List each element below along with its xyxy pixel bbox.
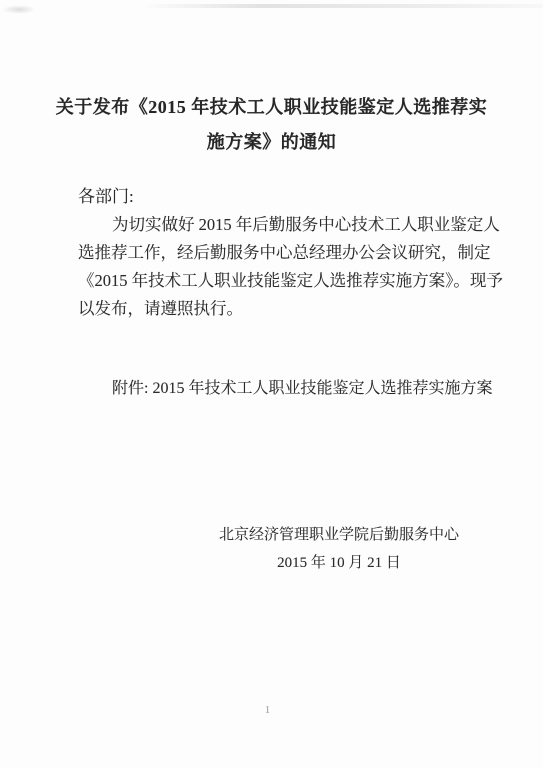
title-line-2: 施方案》的通知: [0, 125, 543, 160]
attachment-line: 附件: 2015 年技术工人职业技能鉴定人选推荐实施方案: [112, 375, 492, 403]
signature-date: 2015 年 10 月 21 日: [219, 549, 459, 577]
body-paragraph: 为切实做好 2015 年后勤服务中心技术工人职业鉴定人 选推荐工作，经后勤服务中…: [78, 211, 493, 323]
title-line-1: 关于发布《2015 年技术工人职业技能鉴定人选推荐实: [0, 90, 543, 125]
page-number: 1: [0, 704, 535, 716]
body-line-3: 《2015 年技术工人职业技能鉴定人选推荐实施方案》。现予: [78, 267, 493, 295]
scan-artifact-top-streak: [140, 4, 543, 8]
signature-organization: 北京经济管理职业学院后勤服务中心: [219, 521, 459, 549]
scan-artifact-corner-smudge: [2, 5, 36, 14]
body-line-4: 以发布，请遵照执行。: [78, 295, 493, 323]
salutation: 各部门:: [78, 183, 134, 211]
signature-block: 北京经济管理职业学院后勤服务中心 2015 年 10 月 21 日: [219, 521, 459, 577]
body-line-2: 选推荐工作，经后勤服务中心总经理办公会议研究，制定: [78, 239, 493, 267]
document-page: 关于发布《2015 年技术工人职业技能鉴定人选推荐实 施方案》的通知 各部门: …: [0, 0, 543, 768]
body-line-1: 为切实做好 2015 年后勤服务中心技术工人职业鉴定人: [78, 211, 493, 239]
document-title: 关于发布《2015 年技术工人职业技能鉴定人选推荐实 施方案》的通知: [0, 90, 543, 160]
